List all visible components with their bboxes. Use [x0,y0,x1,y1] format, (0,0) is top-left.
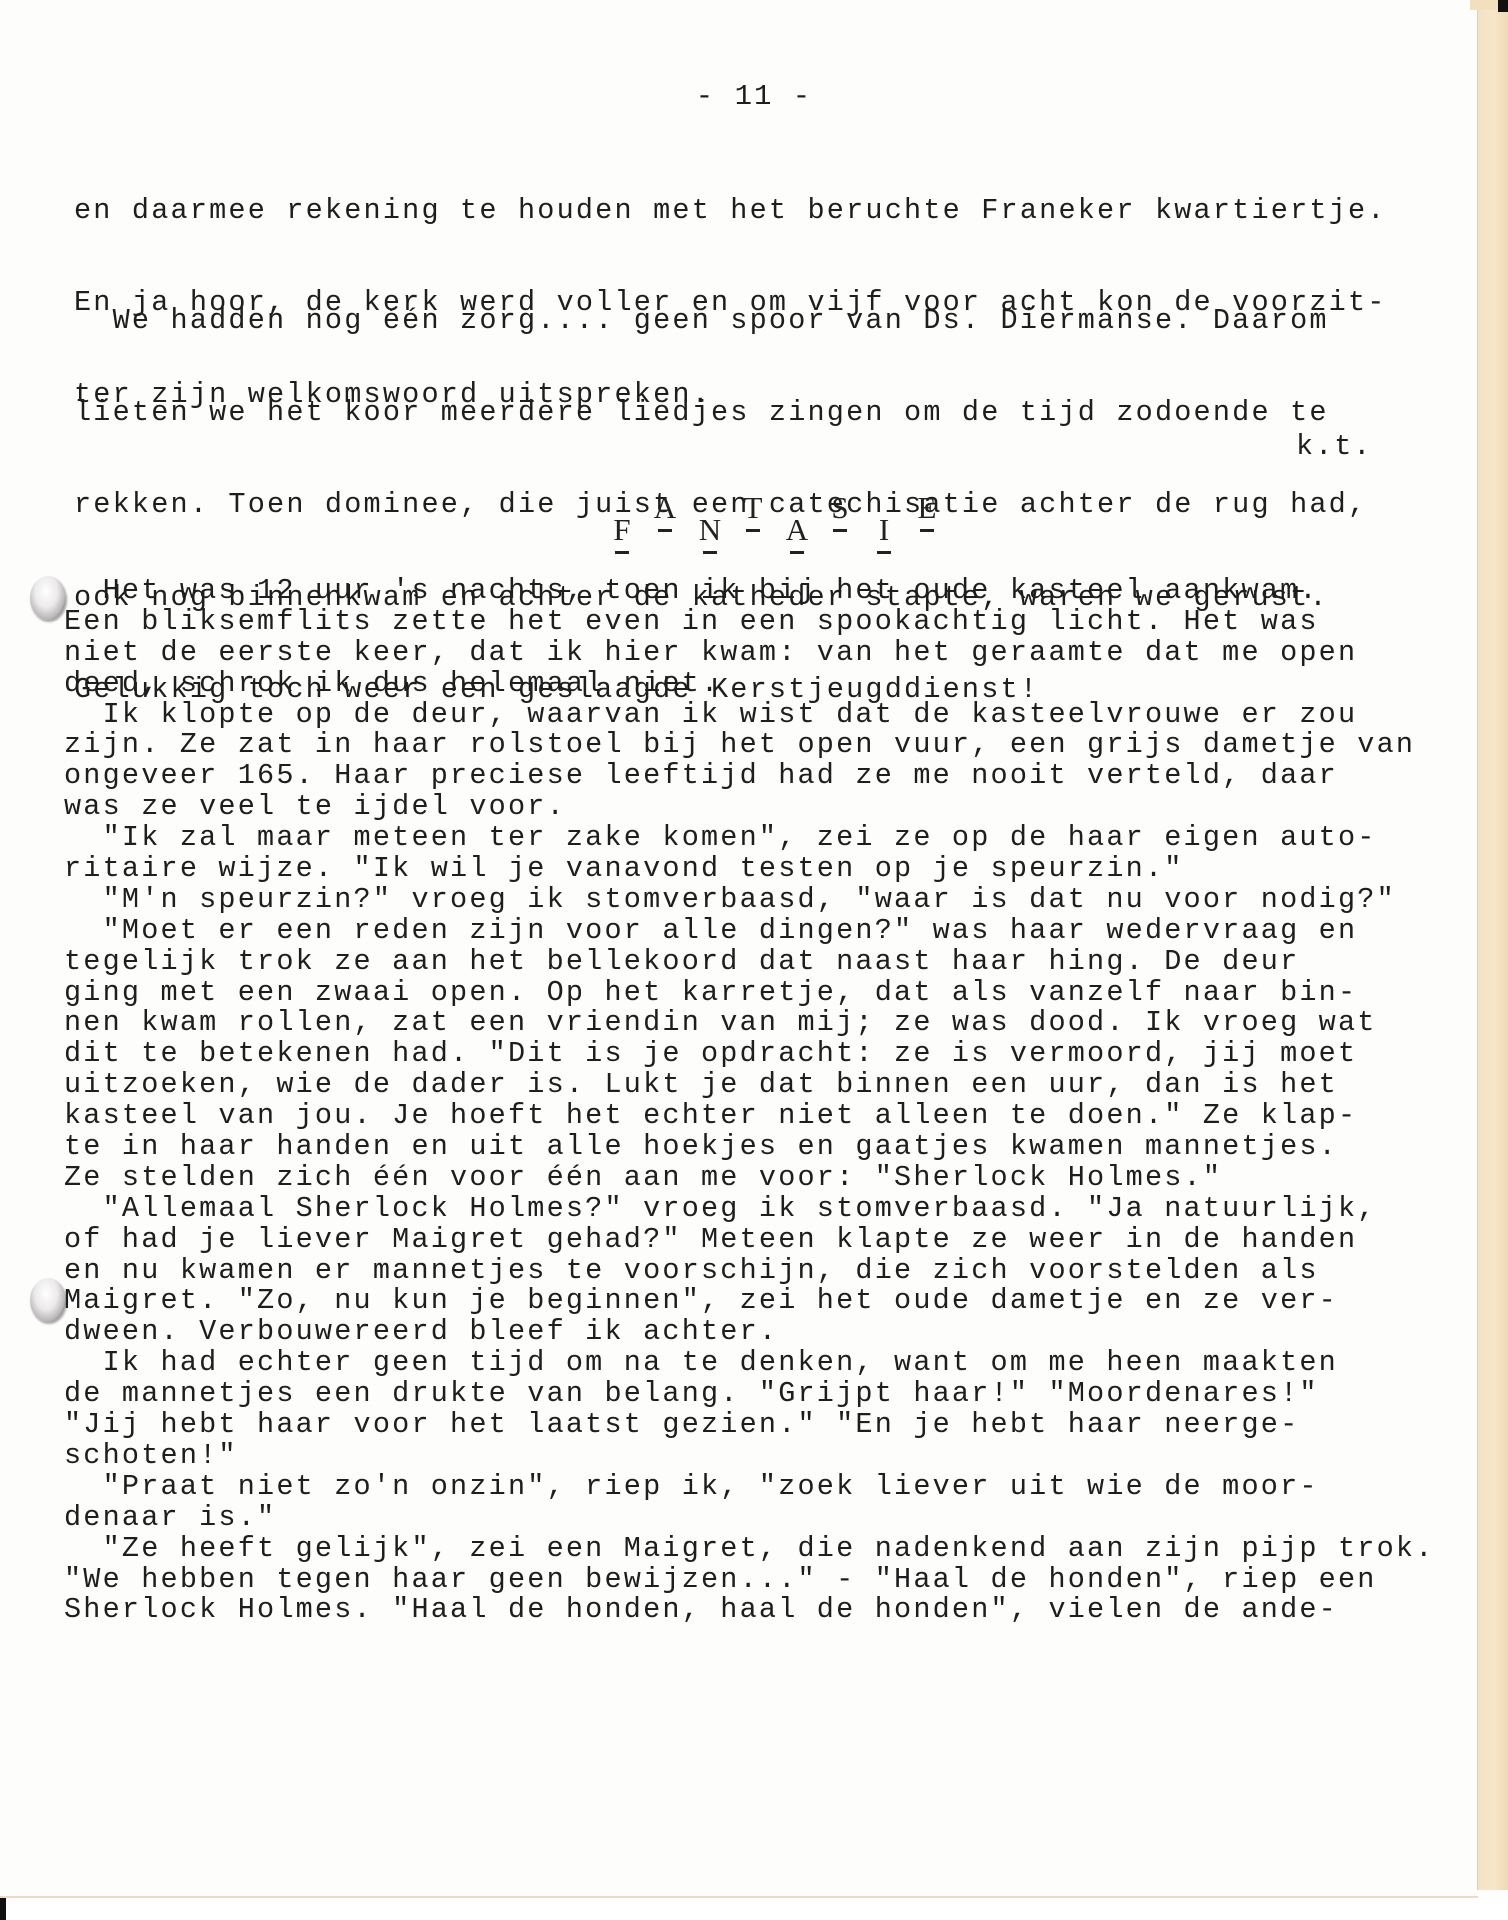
text-line: Sherlock Holmes. "Haal de honden, haal d… [64,1595,1474,1626]
text-line: ritaire wijze. "Ik wil je vanavond teste… [64,854,1474,885]
background-strip [0,1898,1508,1920]
background-corner [1498,0,1508,12]
text-line: "Moet er een reden zijn voor alle dingen… [64,916,1474,947]
text-line: Het was 12 uur 's nachts, toen ik bij he… [64,576,1474,607]
text-line: was ze veel te ijdel voor. [64,792,1474,823]
punch-hole-icon [30,576,66,620]
text-line: en nu kwamen er mannetjes te voorschijn,… [64,1256,1474,1287]
text-line: "Allemaal Sherlock Holmes?" vroeg ik sto… [64,1194,1474,1225]
author-signature: k.t. [1296,430,1372,463]
article-title: F A N T A S I E [610,490,930,560]
text-line: "Ze heeft gelijk", zei een Maigret, die … [64,1534,1474,1565]
text-line: Ik had echter geen tijd om na te denken,… [64,1348,1474,1379]
text-line: te in haar handen en uit alle hoekjes en… [64,1132,1474,1163]
text-line: en daarmee rekening te houden met het be… [74,196,1474,227]
text-line: ongeveer 165. Haar preciese leeftijd had… [64,761,1474,792]
text-line: dit te betekenen had. "Dit is je opdrach… [64,1039,1474,1070]
text-line: schoten!" [64,1441,1474,1472]
text-line: Ik klopte op de deur, waarvan ik wist da… [64,700,1474,731]
text-line: ging met een zwaai open. Op het karretje… [64,978,1474,1009]
text-line: "Praat niet zo'n onzin", riep ik, "zoek … [64,1472,1474,1503]
title-letter: A [653,490,677,526]
text-line: "Jij hebt haar voor het laatst gezien." … [64,1410,1474,1441]
text-line: Ze stelden zich één voor één aan me voor… [64,1163,1474,1194]
text-line: uitzoeken, wie de dader is. Lukt je dat … [64,1070,1474,1101]
text-line: lieten we het koor meerdere liedjes zing… [74,398,1474,429]
text-line: "Ik zal maar meteen ter zake komen", zei… [64,823,1474,854]
text-line: We hadden nog één zorg.... geen spoor va… [74,306,1474,337]
document-page: - 11 - en daarmee rekening te houden met… [0,0,1478,1898]
text-line: of had je liever Maigret gehad?" Meteen … [64,1225,1474,1256]
title-letter: E [915,490,939,526]
text-line: niet de eerste keer, dat ik hier kwam: v… [64,638,1474,669]
title-letter: A [785,512,809,548]
text-line: dween. Verbouwereerd bleef ik achter. [64,1317,1474,1348]
background-corner [0,1898,6,1920]
text-line: zijn. Ze zat in haar rolstoel bij het op… [64,730,1474,761]
title-letter: T [741,490,765,526]
title-letter: I [872,512,896,548]
title-letter: N [698,512,722,548]
text-line: tegelijk trok ze aan het bellekoord dat … [64,947,1474,978]
text-line: nen kwam rollen, zat een vriendin van mi… [64,1008,1474,1039]
text-line: Een bliksemflits zette het even in een s… [64,607,1474,638]
page-stack-edge-top [1470,0,1500,10]
text-line: deed, schrok ik dus helemaal niet. [64,669,1474,700]
title-letter: S [828,490,852,526]
article-body: Het was 12 uur 's nachts, toen ik bij he… [64,576,1474,1626]
text-line: de mannetjes een drukte van belang. "Gri… [64,1379,1474,1410]
text-line: "M'n speurzin?" vroeg ik stomverbaasd, "… [64,885,1474,916]
punch-hole-icon [30,1278,66,1322]
text-line: kasteel van jou. Je hoeft het echter nie… [64,1101,1474,1132]
text-line: denaar is." [64,1503,1474,1534]
text-line: Maigret. "Zo, nu kun je beginnen", zei h… [64,1286,1474,1317]
page-stack-edge [1477,10,1508,1890]
page-number: - 11 - [0,80,1508,113]
text-line: "We hebben tegen haar geen bewijzen..." … [64,1565,1474,1596]
title-letter: F [610,512,634,548]
